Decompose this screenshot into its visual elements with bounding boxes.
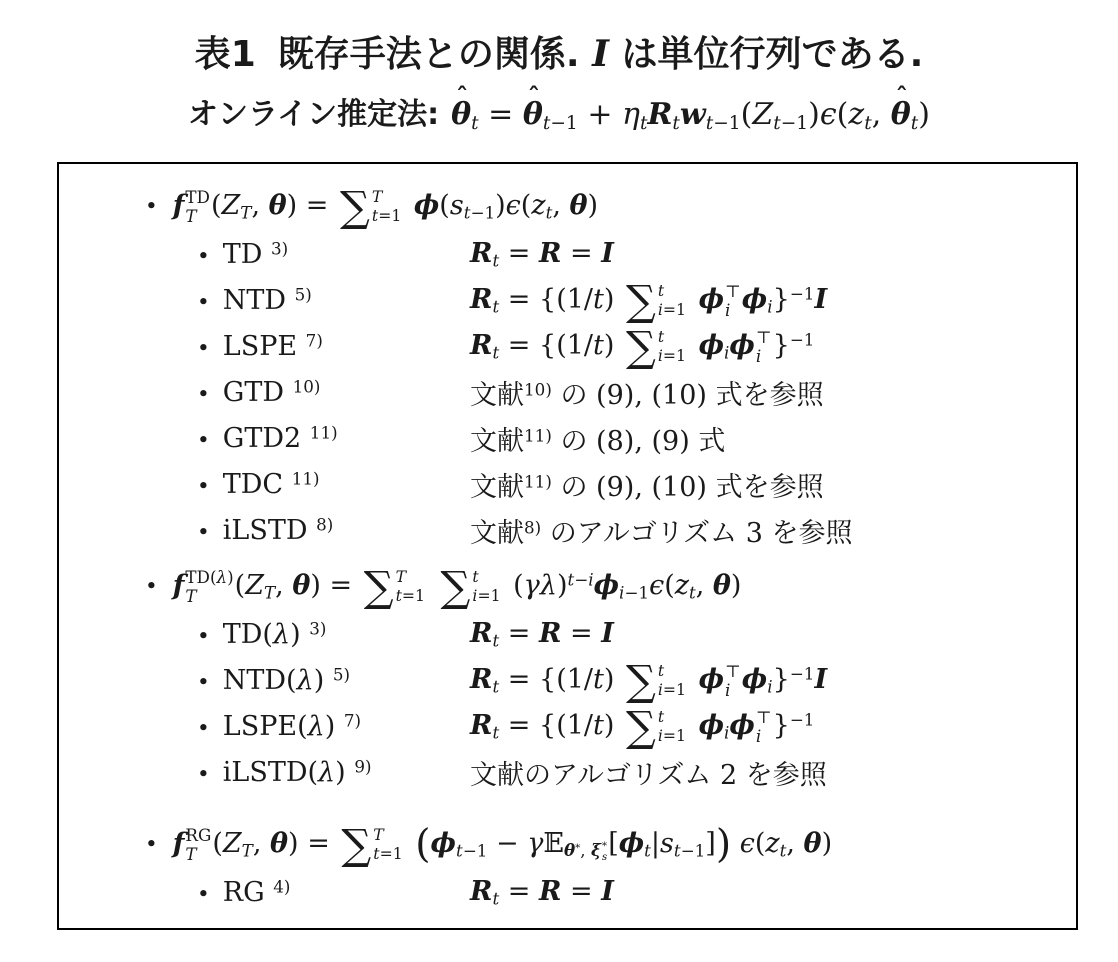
method-name-cell: •RG 4) [59, 877, 470, 908]
bullet-icon: • [197, 716, 210, 741]
method-update-rule-cell: Rt = {(1/t) ∑ti=1 ϕ⊤iϕi}−1I [470, 661, 1070, 701]
table-caption: 表1 既存手法との関係. I は単位行列である. [0, 0, 1118, 75]
method-row: •RG 4)Rt = R = I [59, 870, 1070, 916]
table-caption-label: 表1 [195, 34, 256, 75]
group-objective-formula: fRGT(ZT, θ) = ∑Tt=1 (ϕt−1 − γ𝔼θ*, ξ*s[ϕt… [173, 825, 832, 865]
method-update-rule-cell: Rt = R = I [470, 618, 1070, 650]
method-name: GTD2 11) [223, 423, 338, 454]
method-name: iLSTD 8) [223, 515, 334, 546]
method-row: •iLSTD(λ) 9)文献のアルゴリズム 2 を参照 [59, 750, 1070, 796]
method-name-cell: •TD 3) [59, 239, 470, 270]
group-objective-formula: fTDT(ZT, θ) = ∑Tt=1 ϕ(st−1)ϵ(zt, θ) [173, 187, 598, 227]
method-name: TD 3) [223, 239, 288, 270]
bullet-icon: • [145, 574, 158, 599]
method-row: •LSPE(λ) 7)Rt = {(1/t) ∑ti=1 ϕiϕ⊤i}−1 [59, 704, 1070, 750]
methods-table-box: •fTDT(ZT, θ) = ∑Tt=1 ϕ(st−1)ϵ(zt, θ)•TD … [57, 162, 1078, 930]
bullet-icon: • [197, 762, 210, 787]
bullet-icon: • [197, 290, 210, 315]
method-name: TD(λ) 3) [223, 619, 327, 650]
method-group: •fTDT(ZT, θ) = ∑Tt=1 ϕ(st−1)ϵ(zt, θ)•TD … [59, 182, 1070, 554]
bullet-icon: • [197, 520, 210, 545]
method-update-rule-cell: 文献8) のアルゴリズム 3 を参照 [470, 511, 1070, 550]
method-name-cell: •TD(λ) 3) [59, 619, 470, 650]
method-row: •GTD 10)文献10) の (9), (10) 式を参照 [59, 370, 1070, 416]
group-objective-row: •fTDT(ZT, θ) = ∑Tt=1 ϕ(st−1)ϵ(zt, θ) [59, 182, 1070, 232]
method-name: NTD(λ) 5) [223, 665, 350, 696]
method-row: •TDC 11)文献11) の (9), (10) 式を参照 [59, 462, 1070, 508]
method-update-rule-cell: Rt = R = I [470, 876, 1070, 908]
method-update-rule: Rt = {(1/t) ∑ti=1 ϕ⊤iϕi}−1I [470, 661, 827, 701]
bullet-icon: • [197, 336, 210, 361]
method-update-rule: 文献10) の (9), (10) 式を参照 [470, 373, 824, 412]
method-update-rule: Rt = {(1/t) ∑ti=1 ϕiϕ⊤i}−1 [470, 327, 814, 367]
method-name-cell: •NTD(λ) 5) [59, 665, 470, 696]
method-name: LSPE(λ) 7) [223, 711, 361, 742]
method-update-rule-cell: Rt = {(1/t) ∑ti=1 ϕiϕ⊤i}−1 [470, 327, 1070, 367]
method-name: iLSTD(λ) 9) [223, 757, 372, 788]
method-name-cell: •iLSTD 8) [59, 515, 470, 546]
method-update-rule-cell: Rt = {(1/t) ∑ti=1 ϕiϕ⊤i}−1 [470, 707, 1070, 747]
method-update-rule-cell: 文献11) の (9), (10) 式を参照 [470, 465, 1070, 504]
bullet-icon: • [145, 194, 158, 219]
method-row: •TD 3)Rt = R = I [59, 232, 1070, 278]
method-name-cell: •LSPE(λ) 7) [59, 711, 470, 742]
method-name-cell: •LSPE 7) [59, 331, 470, 362]
method-update-rule: 文献のアルゴリズム 2 を参照 [470, 753, 827, 792]
bullet-icon: • [197, 670, 210, 695]
methods-table-groups: •fTDT(ZT, θ) = ∑Tt=1 ϕ(st−1)ϵ(zt, θ)•TD … [59, 182, 1070, 916]
online-estimator-label: オンライン推定法: [188, 97, 439, 133]
method-update-rule: Rt = R = I [470, 618, 614, 650]
method-update-rule-cell: Rt = R = I [470, 238, 1070, 270]
online-estimator-formula: θt = θt−1 + ηtRtwt−1(Zt−1)ϵ(zt, θt) [451, 97, 930, 135]
method-row: •iLSTD 8)文献8) のアルゴリズム 3 を参照 [59, 508, 1070, 554]
method-group: •fRGT(ZT, θ) = ∑Tt=1 (ϕt−1 − γ𝔼θ*, ξ*s[ϕ… [59, 820, 1070, 916]
method-row: •NTD(λ) 5)Rt = {(1/t) ∑ti=1 ϕ⊤iϕi}−1I [59, 658, 1070, 704]
table-caption-text: 既存手法との関係. I は単位行列である. [278, 34, 924, 75]
method-row: •LSPE 7)Rt = {(1/t) ∑ti=1 ϕiϕ⊤i}−1 [59, 324, 1070, 370]
method-update-rule: 文献8) のアルゴリズム 3 を参照 [470, 511, 853, 550]
online-estimator-line: オンライン推定法: θt = θt−1 + ηtRtwt−1(Zt−1)ϵ(zt… [0, 97, 1118, 135]
method-update-rule: Rt = {(1/t) ∑ti=1 ϕiϕ⊤i}−1 [470, 707, 814, 747]
method-update-rule: 文献11) の (9), (10) 式を参照 [470, 465, 824, 504]
method-update-rule-cell: 文献のアルゴリズム 2 を参照 [470, 753, 1070, 792]
method-row: •GTD2 11)文献11) の (8), (9) 式 [59, 416, 1070, 462]
bullet-icon: • [197, 382, 210, 407]
bullet-icon: • [197, 428, 210, 453]
method-name-cell: •GTD2 11) [59, 423, 470, 454]
method-row: •NTD 5)Rt = {(1/t) ∑ti=1 ϕ⊤iϕi}−1I [59, 278, 1070, 324]
method-name-cell: •iLSTD(λ) 9) [59, 757, 470, 788]
method-group: •fTD(λ)T(ZT, θ) = ∑Tt=1 ∑ti=1 (γλ)t−iϕi−… [59, 562, 1070, 796]
method-update-rule-cell: 文献10) の (9), (10) 式を参照 [470, 373, 1070, 412]
bullet-icon: • [197, 244, 210, 269]
paper-table-figure: 表1 既存手法との関係. I は単位行列である. オンライン推定法: θt = … [0, 0, 1118, 930]
method-name-cell: •TDC 11) [59, 469, 470, 500]
method-update-rule: Rt = R = I [470, 238, 614, 270]
method-name: NTD 5) [223, 285, 312, 316]
bullet-icon: • [197, 882, 210, 907]
method-name-cell: •GTD 10) [59, 377, 470, 408]
method-name: RG 4) [223, 877, 291, 908]
bullet-icon: • [197, 474, 210, 499]
method-update-rule-cell: 文献11) の (8), (9) 式 [470, 419, 1070, 458]
method-update-rule: 文献11) の (8), (9) 式 [470, 419, 725, 458]
method-name: TDC 11) [223, 469, 320, 500]
method-update-rule: Rt = R = I [470, 876, 614, 908]
method-update-rule: Rt = {(1/t) ∑ti=1 ϕ⊤iϕi}−1I [470, 281, 827, 321]
method-name: LSPE 7) [223, 331, 323, 362]
method-row: •TD(λ) 3)Rt = R = I [59, 612, 1070, 658]
method-name: GTD 10) [223, 377, 321, 408]
bullet-icon: • [197, 624, 210, 649]
bullet-icon: • [145, 832, 158, 857]
group-objective-row: •fRGT(ZT, θ) = ∑Tt=1 (ϕt−1 − γ𝔼θ*, ξ*s[ϕ… [59, 820, 1070, 870]
method-name-cell: •NTD 5) [59, 285, 470, 316]
method-update-rule-cell: Rt = {(1/t) ∑ti=1 ϕ⊤iϕi}−1I [470, 281, 1070, 321]
group-objective-formula: fTD(λ)T(ZT, θ) = ∑Tt=1 ∑ti=1 (γλ)t−iϕi−1… [173, 567, 742, 607]
group-objective-row: •fTD(λ)T(ZT, θ) = ∑Tt=1 ∑ti=1 (γλ)t−iϕi−… [59, 562, 1070, 612]
